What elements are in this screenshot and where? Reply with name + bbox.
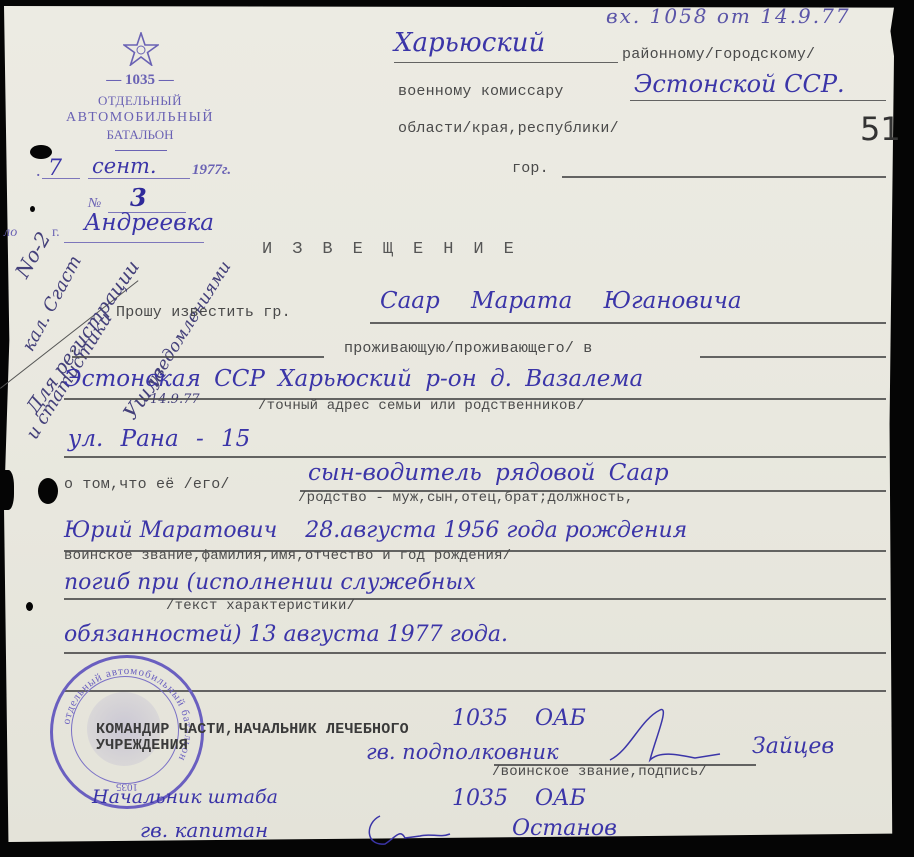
unit-line-1: ОТДЕЛЬНЫЙ (78, 93, 202, 109)
address-hint: /точный адрес семьи или родственников/ (258, 398, 585, 414)
residing-label: проживающую/проживающего/ в (344, 340, 592, 357)
signature-hint: /воинское звание,подпись/ (492, 764, 707, 780)
page-number: 51 (860, 110, 901, 148)
residing-right-line (700, 356, 886, 358)
commander-name: Зайцев (752, 734, 834, 759)
death-hint: /текст характеристики/ (166, 598, 355, 614)
unit-line-2: АВТОМОБИЛЬНЫЙ (45, 110, 235, 126)
about-label: о том,что её /его/ (64, 476, 230, 493)
chief-name: Останов (512, 816, 617, 841)
relation-hint: /родство - муж,сын,отец,брат;должность, (298, 490, 633, 506)
date-day-underline (42, 178, 80, 179)
commander-rank: гв. подполковник (366, 740, 559, 764)
stamp-divider (115, 150, 167, 151)
addressee-republic: Эстонской ССР. (634, 70, 845, 98)
incoming-registration: вх. 1058 от 14.9.77 (606, 4, 851, 28)
commander-unit: 1035 ОАБ (452, 706, 586, 731)
chief-unit: 1035 ОАБ (452, 786, 586, 811)
number-value: 3 (130, 183, 147, 212)
paper-hole (30, 206, 35, 212)
commissar-label: военному комиссару (398, 83, 564, 100)
residing-dot: . (68, 340, 77, 357)
addressee-district: Харьюский (394, 28, 545, 58)
paper-hole (38, 478, 58, 504)
street: ул. Рана - 15 (68, 426, 250, 452)
addressee-district-typed: районному/городскому/ (622, 46, 815, 63)
death-line-2 (64, 652, 886, 654)
street-line (64, 456, 886, 458)
date-prefix: . (36, 160, 41, 181)
chief-signature-scribble (360, 808, 470, 853)
death-circumstances-1: погиб при (исполнении служебных (64, 570, 476, 595)
deceased-hint: воинское звание,фамилия,имя,отчество и г… (64, 548, 511, 564)
red-star-hammer-sickle-icon (123, 32, 159, 66)
unit-number: — 1035 — (95, 72, 185, 89)
unit-line-3: БАТАЛЬОН (78, 127, 202, 143)
place-prefix: ло (4, 225, 17, 241)
paper-hole (26, 602, 33, 611)
place-underline (64, 242, 204, 243)
document-title: ИЗВЕЩЕНИЕ (262, 240, 534, 259)
date-month: сент. (92, 154, 157, 178)
chief-title: Начальник штаба (92, 786, 278, 808)
addressee-district-line (394, 62, 618, 63)
date-year: 1977г. (192, 162, 231, 179)
addressee-republic-line (630, 100, 886, 101)
death-circumstances-2: обязанностей) 13 августа 1977 года. (64, 622, 508, 647)
paper-hole (0, 470, 14, 510)
address: Эстонская ССР Харьюский р-он д. Вазалема (64, 366, 643, 392)
date-month-underline (88, 178, 190, 179)
residing-left-line (72, 356, 324, 358)
request-label: Прошу известить гр. (116, 304, 291, 321)
region-label: области/края,республики/ (398, 120, 619, 137)
place-value: Андреевка (84, 210, 214, 236)
deceased: Юрий Маратович 28.августа 1956 года рожд… (64, 518, 687, 543)
recipient-name-line (370, 322, 886, 324)
city-line (562, 176, 886, 178)
chief-rank: гв. капитан (140, 818, 268, 842)
recipient-name: Саар Марата Югановича (380, 288, 742, 314)
relation: сын-водитель рядовой Саар (308, 460, 669, 486)
city-label: гор. (512, 160, 549, 177)
